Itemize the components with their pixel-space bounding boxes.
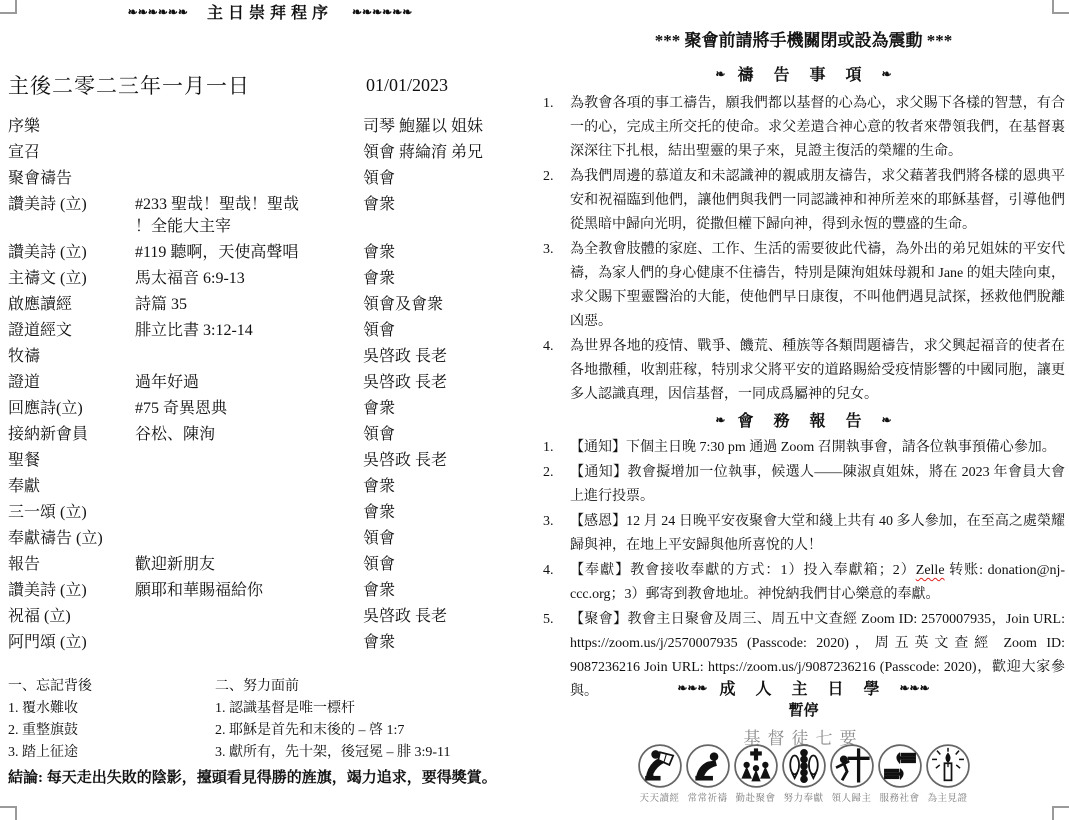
program-detail: 腓立比書 3:12-14 — [135, 320, 363, 346]
program-leader: 司琴 鮑羅以 姐妹 — [363, 116, 536, 142]
program-detail: #119 聽啊，天使高聲唱 — [135, 242, 363, 268]
prayer-item-text: 為教會各項的事工禱告，願我們都以基督的心為心，求父賜下各樣的智慧，有合一的心，完… — [570, 92, 1065, 164]
program-item: 阿門頌 (立) — [8, 632, 135, 658]
program-item: 讚美詩 (立) — [8, 194, 135, 242]
program-row: 牧禱吳啓政 長老 — [8, 346, 536, 372]
frequent-prayer-icon — [686, 744, 730, 788]
program-row: 序樂司琴 鮑羅以 姐妹 — [8, 116, 536, 142]
program-detail: 願耶和華賜福給你 — [135, 580, 363, 606]
program-detail: 谷松、陳洵 — [135, 424, 363, 450]
program-row: 聚會禱告領會 — [8, 168, 536, 194]
candle-witness-icon — [926, 744, 970, 788]
ornament-icon: ❧ — [715, 413, 725, 427]
prayer-item: 1.為教會各項的事工禱告，願我們都以基督的心為心，求父賜下各樣的智慧，有合一的心… — [543, 92, 1065, 164]
program-row: 阿門頌 (立)會衆 — [8, 632, 536, 658]
ornament-icon: ❧ — [882, 413, 892, 427]
program-detail — [135, 346, 363, 372]
sermon-outline-part2: 二、努力面前 1. 認識基督是唯一標杆 2. 耶穌是首先和末後的 – 啓 1:7… — [215, 676, 451, 764]
announcement-item: 1.【通知】下個主日晚 7:30 pm 通過 Zoom 召開執事會，請各位執事預… — [543, 436, 1065, 460]
worship-date-numeric: 01/01/2023 — [366, 75, 448, 96]
program-item: 回應詩(立) — [8, 398, 135, 424]
program-detail — [135, 116, 363, 142]
essential-label: 服務社會 — [877, 790, 923, 804]
announcement-number: 1. — [543, 436, 570, 460]
outline-item: 3. 踏上征途 — [8, 742, 92, 764]
program-leader: 會衆 — [363, 398, 536, 424]
essential-label: 常常祈禱 — [685, 790, 731, 804]
program-item: 證道經文 — [8, 320, 135, 346]
program-detail — [135, 632, 363, 658]
phone-notice: *** 聚會前請將手機關閉或設為震動 *** — [540, 26, 1067, 51]
announcement-text-pre: 【奉獻】教會接收奉獻的方式：1）投入奉獻箱；2） — [570, 563, 916, 578]
program-leader: 領會 — [363, 554, 536, 580]
outline-item: 2. 耶穌是首先和末後的 – 啓 1:7 — [215, 720, 451, 742]
worship-date-chinese: 主後二零二三年一月一日 — [8, 70, 250, 100]
program-detail: #233 聖哉！聖哉！聖哉 ！全能大主宰 — [135, 194, 363, 242]
prayer-item-number: 2. — [543, 165, 570, 237]
essential-lead-people-to-lord: 領人歸主 — [829, 744, 875, 804]
program-leader: 會衆 — [363, 194, 536, 242]
attend-assembly-icon — [734, 744, 778, 788]
program-leader: 吳啓政 長老 — [363, 346, 536, 372]
program-item: 讚美詩 (立) — [8, 580, 135, 606]
program-detail — [135, 476, 363, 502]
program-row: 祝福 (立)吳啓政 長老 — [8, 606, 536, 632]
program-detail: #75 奇異恩典 — [135, 398, 363, 424]
program-item: 聚會禱告 — [8, 168, 135, 194]
program-row: 證道經文腓立比書 3:12-14領會 — [8, 320, 536, 346]
prayer-item: 3.為全教會肢體的家庭、工作、生活的需要彼此代禱，為外出的弟兄姐妹的平安代禱，為… — [543, 238, 1065, 334]
program-detail — [135, 450, 363, 476]
outline-item: 1. 認識基督是唯一標杆 — [215, 698, 451, 720]
prayer-item-text: 為我們周邊的慕道友和未認識神的親戚朋友禱告，求父藉著我們將各樣的恩典平安和祝福臨… — [570, 165, 1065, 237]
program-leader: 領會 蔣綸淯 弟兄 — [363, 142, 536, 168]
program-row: 讚美詩 (立)#233 聖哉！聖哉！聖哉 ！全能大主宰會衆 — [8, 194, 536, 242]
announcement-text: 【通知】下個主日晚 7:30 pm 通過 Zoom 召開執事會，請各位執事預備心… — [570, 436, 1065, 460]
announcement-text: 【感恩】12 月 24 日晚平安夜聚會大堂和綫上共有 40 多人參加，在至高之處… — [570, 510, 1065, 558]
prayer-section-title: ❧ 禱 告 事 項 ❧ — [540, 62, 1067, 85]
essential-label: 天天讀經 — [637, 790, 683, 804]
essential-serve-society: 服務社會 — [877, 744, 923, 804]
outline-item: 1. 覆水難收 — [8, 698, 92, 720]
program-item: 聖餐 — [8, 450, 135, 476]
prayer-item-number: 1. — [543, 92, 570, 164]
program-item: 奉獻 — [8, 476, 135, 502]
essential-label: 勤赴聚會 — [733, 790, 779, 804]
program-detail — [135, 142, 363, 168]
ornament-icon: ❧ — [882, 67, 892, 81]
essential-daily-reading: 天天讀經 — [637, 744, 683, 804]
adult-sunday-school-title: ❧❧❧ 成 人 主 日 學 ❧❧❧ — [540, 676, 1067, 699]
ornament-icon: ❧❧❧❧❧❧ — [128, 5, 188, 19]
program-leader: 領會 — [363, 424, 536, 450]
program-leader: 吳啓政 長老 — [363, 450, 536, 476]
program-leader: 領會 — [363, 168, 536, 194]
program-item: 報告 — [8, 554, 135, 580]
program-row: 讚美詩 (立)願耶和華賜福給你會衆 — [8, 580, 536, 606]
ornament-icon: ❧❧❧ — [677, 681, 707, 695]
program-row: 讚美詩 (立)#119 聽啊，天使高聲唱會衆 — [8, 242, 536, 268]
program-item: 宣召 — [8, 142, 135, 168]
zelle-spellcheck-word: Zelle — [916, 563, 945, 578]
program-detail — [135, 606, 363, 632]
outline-title: 二、努力面前 — [215, 676, 451, 698]
program-item: 接納新會員 — [8, 424, 135, 450]
announcement-item: 2.【通知】教會擬增加一位執事，候選人——陳淑貞姐妹，將在 2023 年會員大會… — [543, 461, 1065, 509]
sermon-conclusion: 結論: 每天走出失敗的陰影，擡頭看見得勝的旌旗，竭力追求，要得獎賞。 — [8, 766, 536, 787]
essential-label: 領人歸主 — [829, 790, 875, 804]
essential-label: 為主見證 — [925, 790, 971, 804]
announcement-item: 4. 【奉獻】教會接收奉獻的方式：1）投入奉獻箱；2）Zelle 转账: don… — [543, 559, 1065, 607]
prayer-item-number: 4. — [543, 335, 570, 407]
program-leader: 吳啓政 長老 — [363, 372, 536, 398]
program-row: 回應詩(立)#75 奇異恩典會衆 — [8, 398, 536, 424]
crop-mark-bottom-left — [0, 806, 17, 820]
announcements-section-title: ❧ 會 務 報 告 ❧ — [540, 408, 1067, 431]
program-item: 讚美詩 (立) — [8, 242, 135, 268]
essential-diligent-offering: 努力奉獻 — [781, 744, 827, 804]
program-detail — [135, 528, 363, 554]
program-item: 序樂 — [8, 116, 135, 142]
prayer-title-text: 禱 告 事 項 — [737, 67, 869, 84]
program-detail: 馬太福音 6:9-13 — [135, 268, 363, 294]
adult-sunday-school-title-text: 成 人 主 日 學 — [719, 681, 887, 698]
program-item: 祝福 (立) — [8, 606, 135, 632]
program-leader: 會衆 — [363, 242, 536, 268]
program-table: 序樂司琴 鮑羅以 姐妹 宣召領會 蔣綸淯 弟兄 聚會禱告領會 讚美詩 (立)#2… — [8, 116, 536, 658]
adult-sunday-school-status: 暫停 — [540, 699, 1067, 720]
announcement-text: 【通知】教會擬增加一位執事，候選人——陳淑貞姐妹，將在 2023 年會員大會上進… — [570, 461, 1065, 509]
announcement-number: 2. — [543, 461, 570, 509]
essential-frequent-prayer: 常常祈禱 — [685, 744, 731, 804]
outline-item: 2. 重整旗鼓 — [8, 720, 92, 742]
program-item: 證道 — [8, 372, 135, 398]
program-row: 接納新會員谷松、陳洵領會 — [8, 424, 536, 450]
program-leader: 領會 — [363, 528, 536, 554]
program-detail: 歡迎新朋友 — [135, 554, 363, 580]
program-leader: 會衆 — [363, 580, 536, 606]
announcements-title-text: 會 務 報 告 — [737, 413, 869, 430]
lead-people-to-cross-icon — [830, 744, 874, 788]
prayer-item-text: 為世界各地的疫情、戰爭、饑荒、種族等各類問題禱告，求父興起福音的使者在各地撒種，… — [570, 335, 1065, 407]
program-leader: 吳啓政 長老 — [363, 606, 536, 632]
program-item: 奉獻禱告 (立) — [8, 528, 135, 554]
announcement-text: 【奉獻】教會接收奉獻的方式：1）投入奉獻箱；2）Zelle 转账: donati… — [570, 559, 1065, 607]
seven-essentials-icons: 天天讀經 常常祈禱 勤赴聚會 — [540, 744, 1067, 804]
program-leader: 會衆 — [363, 502, 536, 528]
essential-attend-assembly: 勤赴聚會 — [733, 744, 779, 804]
ornament-icon: ❧❧❧❧❧❧ — [352, 5, 412, 19]
program-row: 奉獻禱告 (立)領會 — [8, 528, 536, 554]
program-row: 聖餐吳啓政 長老 — [8, 450, 536, 476]
program-detail: 詩篇 35 — [135, 294, 363, 320]
program-row: 啟應讀經詩篇 35領會及會衆 — [8, 294, 536, 320]
announcement-number: 4. — [543, 559, 570, 607]
program-leader: 會衆 — [363, 268, 536, 294]
bulletin-page: ❧❧❧❧❧❧ 主日崇拜程序 ❧❧❧❧❧❧ 主後二零二三年一月一日 01/01/2… — [0, 0, 1069, 820]
prayer-list: 1.為教會各項的事工禱告，願我們都以基督的心為心，求父賜下各樣的智慧，有合一的心… — [543, 92, 1065, 408]
prayer-item: 4.為世界各地的疫情、戰爭、饑荒、種族等各類問題禱告，求父興起福音的使者在各地撒… — [543, 335, 1065, 407]
announcements-list: 1.【通知】下個主日晚 7:30 pm 通過 Zoom 召開執事會，請各位執事預… — [543, 436, 1065, 705]
program-item: 三一頌 (立) — [8, 502, 135, 528]
loaves-and-fishes-offering-icon — [782, 744, 826, 788]
program-detail — [135, 168, 363, 194]
program-row: 三一頌 (立)會衆 — [8, 502, 536, 528]
essential-witness-for-lord: 為主見證 — [925, 744, 971, 804]
prayer-item-text: 為全教會肢體的家庭、工作、生活的需要彼此代禱，為外出的弟兄姐妹的平安代禱，為家人… — [570, 238, 1065, 334]
sermon-outline-part1: 一、忘記背後 1. 覆水難收 2. 重整旗鼓 3. 踏上征途 — [8, 676, 92, 764]
program-row: 主禱文 (立)馬太福音 6:9-13會衆 — [8, 268, 536, 294]
program-detail — [135, 502, 363, 528]
crop-mark-bottom-right — [1052, 806, 1069, 820]
serving-hands-icon — [878, 744, 922, 788]
program-leader: 領會及會衆 — [363, 294, 536, 320]
program-row: 報告歡迎新朋友領會 — [8, 554, 536, 580]
crop-mark-top-right — [1052, 0, 1069, 14]
program-item: 啟應讀經 — [8, 294, 135, 320]
prayer-item: 2.為我們周邊的慕道友和未認識神的親戚朋友禱告，求父藉著我們將各樣的恩典平安和祝… — [543, 165, 1065, 237]
announcement-number: 3. — [543, 510, 570, 558]
program-row: 奉獻會衆 — [8, 476, 536, 502]
prayer-item-number: 3. — [543, 238, 570, 334]
program-row: 宣召領會 蔣綸淯 弟兄 — [8, 142, 536, 168]
program-leader: 會衆 — [363, 632, 536, 658]
program-leader: 領會 — [363, 320, 536, 346]
daily-bible-reading-icon — [638, 744, 682, 788]
outline-item: 3. 獻所有，先十架，後冠冕 – 腓 3:9-11 — [215, 742, 451, 764]
announcement-item: 3.【感恩】12 月 24 日晚平安夜聚會大堂和綫上共有 40 多人參加，在至高… — [543, 510, 1065, 558]
program-item: 主禱文 (立) — [8, 268, 135, 294]
outline-title: 一、忘記背後 — [8, 676, 92, 698]
program-leader: 會衆 — [363, 476, 536, 502]
page-header: ❧❧❧❧❧❧ 主日崇拜程序 ❧❧❧❧❧❧ — [0, 0, 540, 23]
program-detail: 過年好過 — [135, 372, 363, 398]
page-title: 主日崇拜程序 — [207, 5, 333, 22]
program-item: 牧禱 — [8, 346, 135, 372]
ornament-icon: ❧ — [715, 67, 725, 81]
essential-label: 努力奉獻 — [781, 790, 827, 804]
ornament-icon: ❧❧❧ — [900, 681, 930, 695]
program-row: 證道過年好過吳啓政 長老 — [8, 372, 536, 398]
